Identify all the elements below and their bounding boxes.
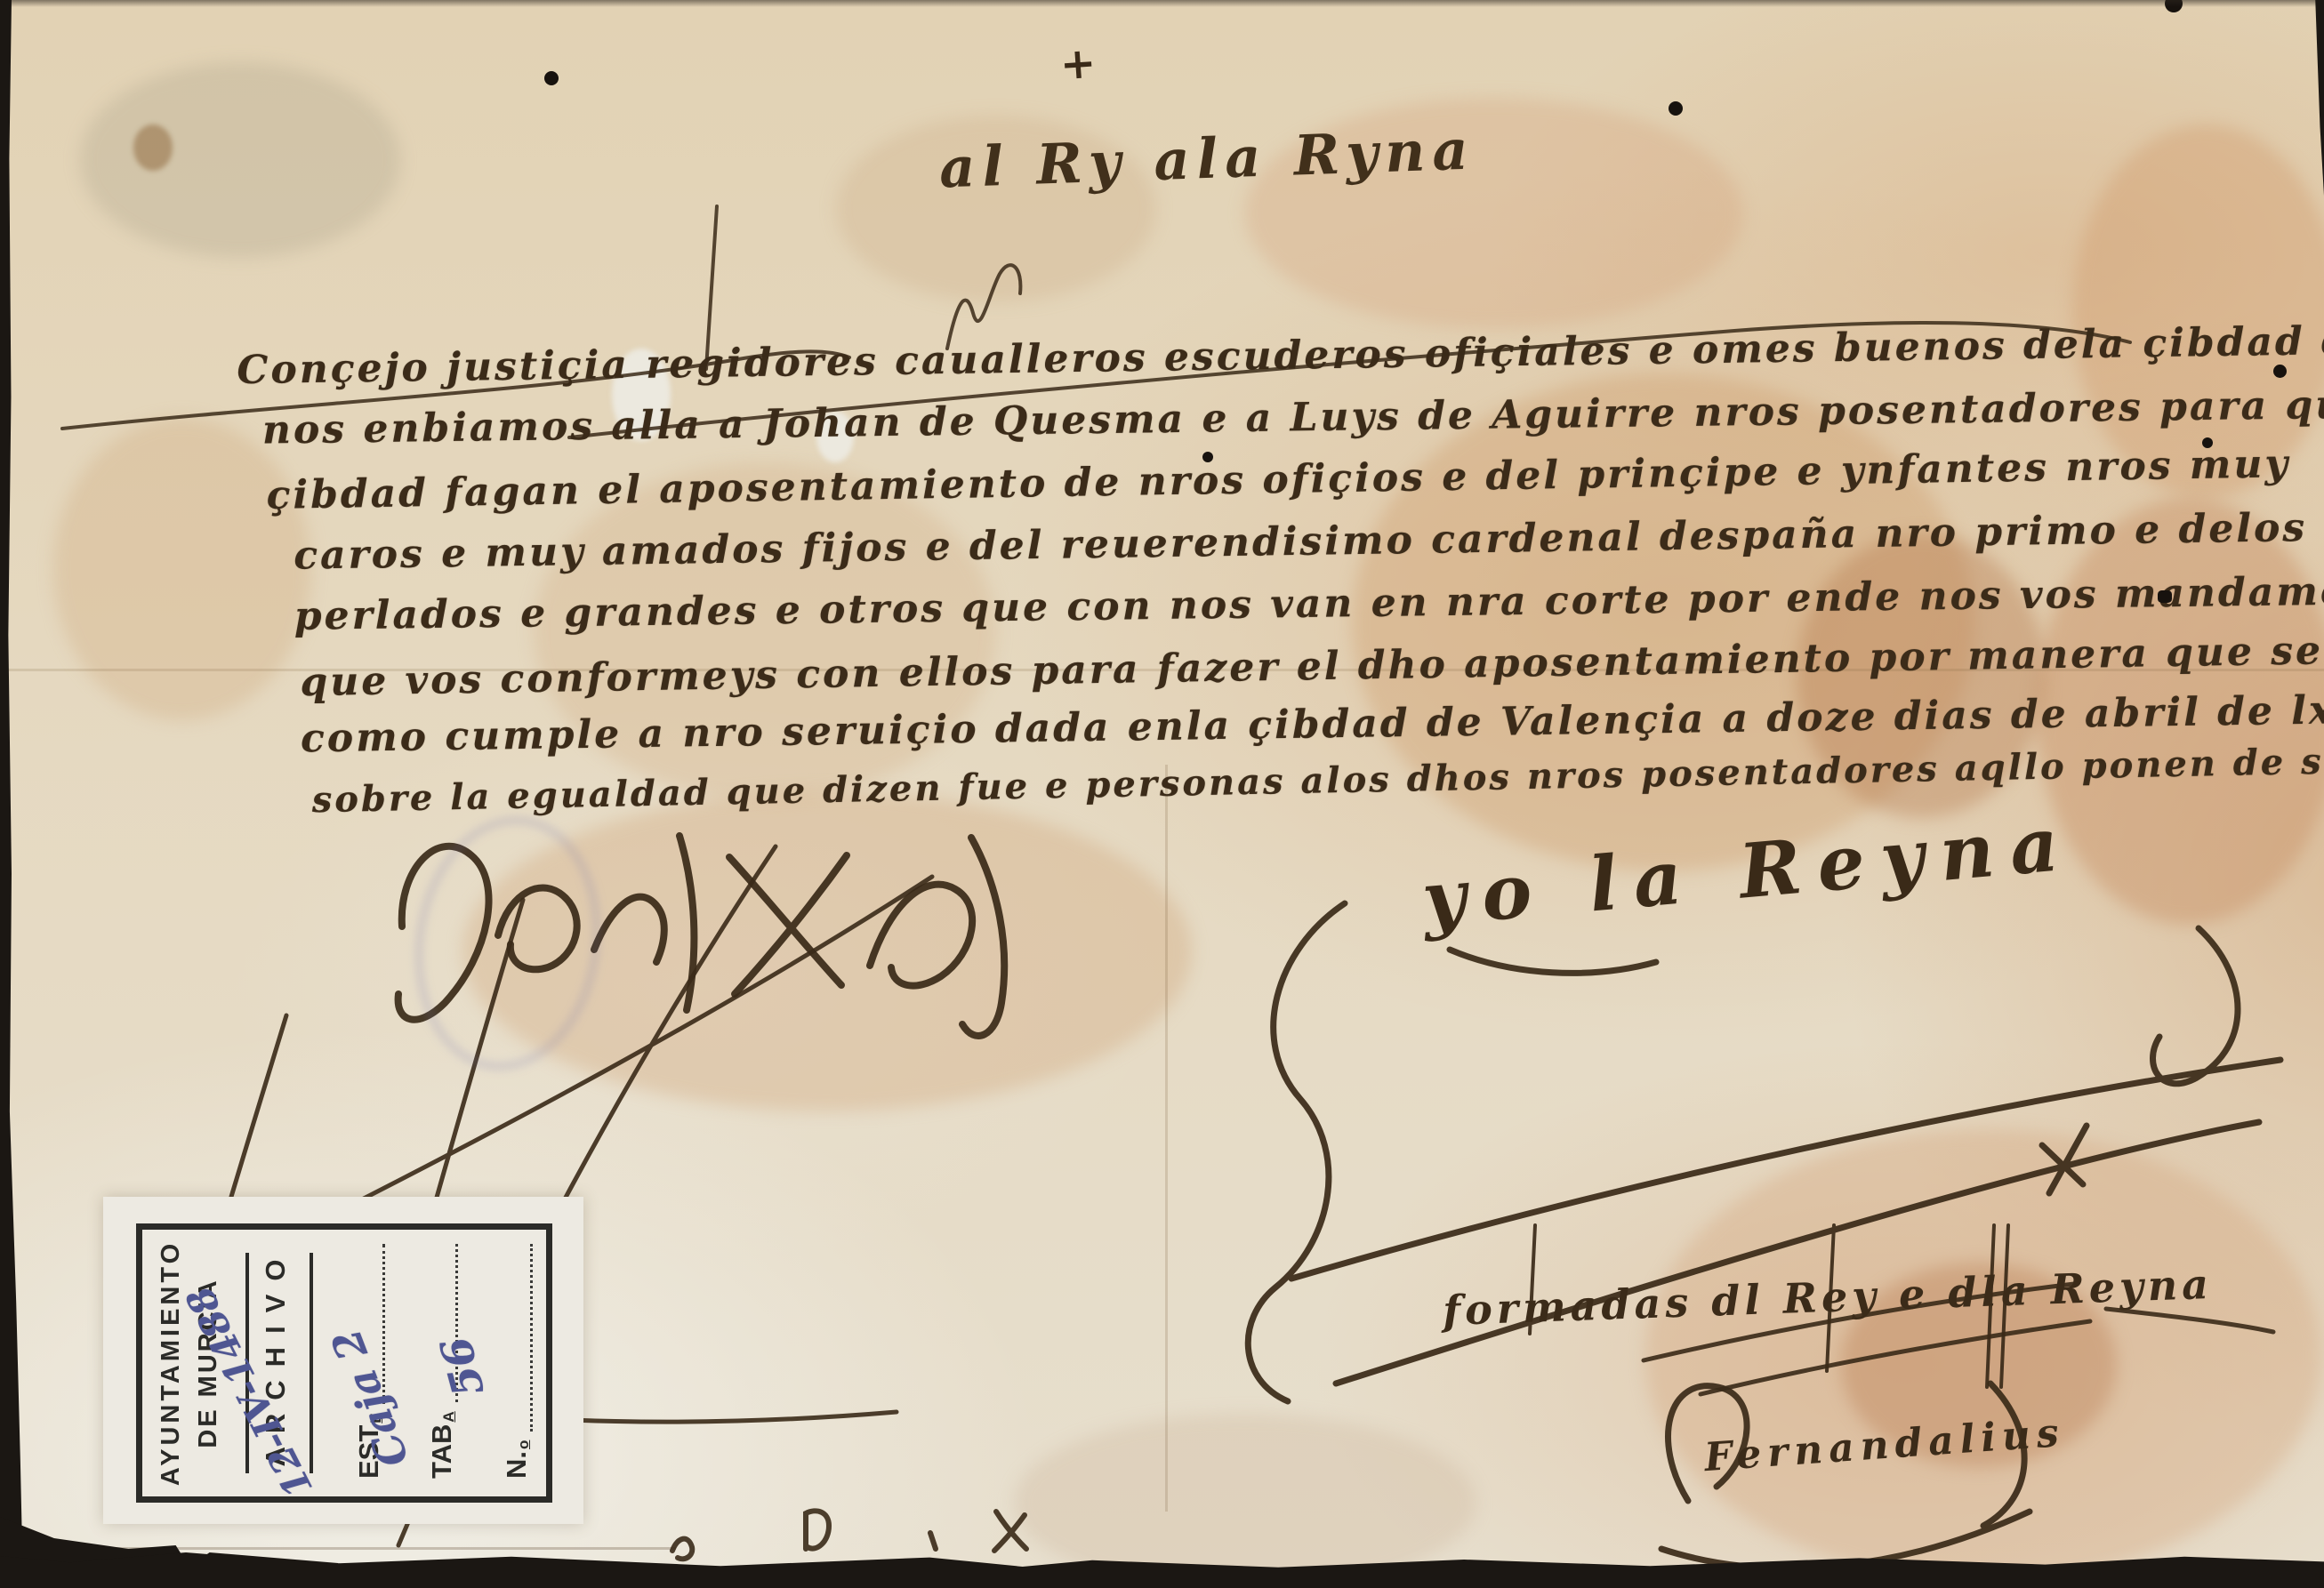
fold-crease (1165, 765, 1168, 1512)
stain (1014, 1414, 1476, 1588)
stamp-field-label: N. (501, 1451, 533, 1479)
bottom-edge-fragments (672, 1511, 1026, 1559)
worm-hole (544, 71, 559, 85)
stain (1645, 1129, 2321, 1583)
secretary-signature-text: Fernandalius (1703, 1410, 2067, 1480)
stain (80, 62, 400, 258)
fold-crease (0, 1547, 676, 1550)
manuscript-line: Conçejo justiçia regidores caualleros es… (237, 316, 2324, 394)
archive-stamp: AYUNTAMIENTO DE MURCIA ARCHIVO ESTE TABA… (103, 1197, 583, 1524)
queen-signature-text: yo la Reyna (1419, 798, 2078, 943)
queen-signature-flourish (1248, 903, 2280, 1401)
scan-edge (0, 1552, 2324, 1588)
countersign-note: formadas dl Rey e dla Reyna (1442, 1260, 2214, 1335)
invocation-cross: + (1058, 38, 1098, 91)
stain (133, 124, 173, 171)
scan-edge (2311, 0, 2324, 196)
document-page: + al Ry ala Ryna Conçejo justiçia regido… (0, 0, 2324, 1588)
scan-edge (0, 0, 23, 1588)
manuscript-line: caros e muy amados fijos e del reuerendi… (294, 505, 2308, 579)
stamp-field-label-sup: o (515, 1440, 533, 1449)
worm-hole (2202, 437, 2213, 448)
worm-hole (1202, 452, 1213, 462)
document-heading: al Ry ala Ryna (938, 117, 1476, 201)
manuscript-line: çibdad fagan el aposentamiento de nros o… (266, 441, 2290, 518)
stain (53, 418, 311, 720)
manuscript-line: nos enbiamos alla a Johan de Quesma e a … (262, 380, 2324, 453)
worm-hole (1669, 101, 1683, 116)
worm-hole (2273, 365, 2287, 378)
stamp-org-line1: AYUNTAMIENTO (157, 1230, 186, 1496)
worm-hole (2158, 590, 2172, 603)
stamp-rule (310, 1253, 313, 1473)
scan-edge (0, 0, 2324, 7)
ghost-stamp-mark (399, 805, 616, 1082)
manuscript-line: perlados e grandes e otros que con nos v… (294, 568, 2324, 639)
worm-hole (2165, 0, 2183, 12)
stamp-field-label: TAB (426, 1424, 458, 1479)
stamp-field-label-sup: A (440, 1411, 458, 1422)
dotted-leader (500, 1244, 533, 1432)
archive-stamp-sticker: AYUNTAMIENTO DE MURCIA ARCHIVO ESTE TABA… (103, 1197, 583, 1524)
stamp-field-numero: N.o (500, 1244, 533, 1479)
